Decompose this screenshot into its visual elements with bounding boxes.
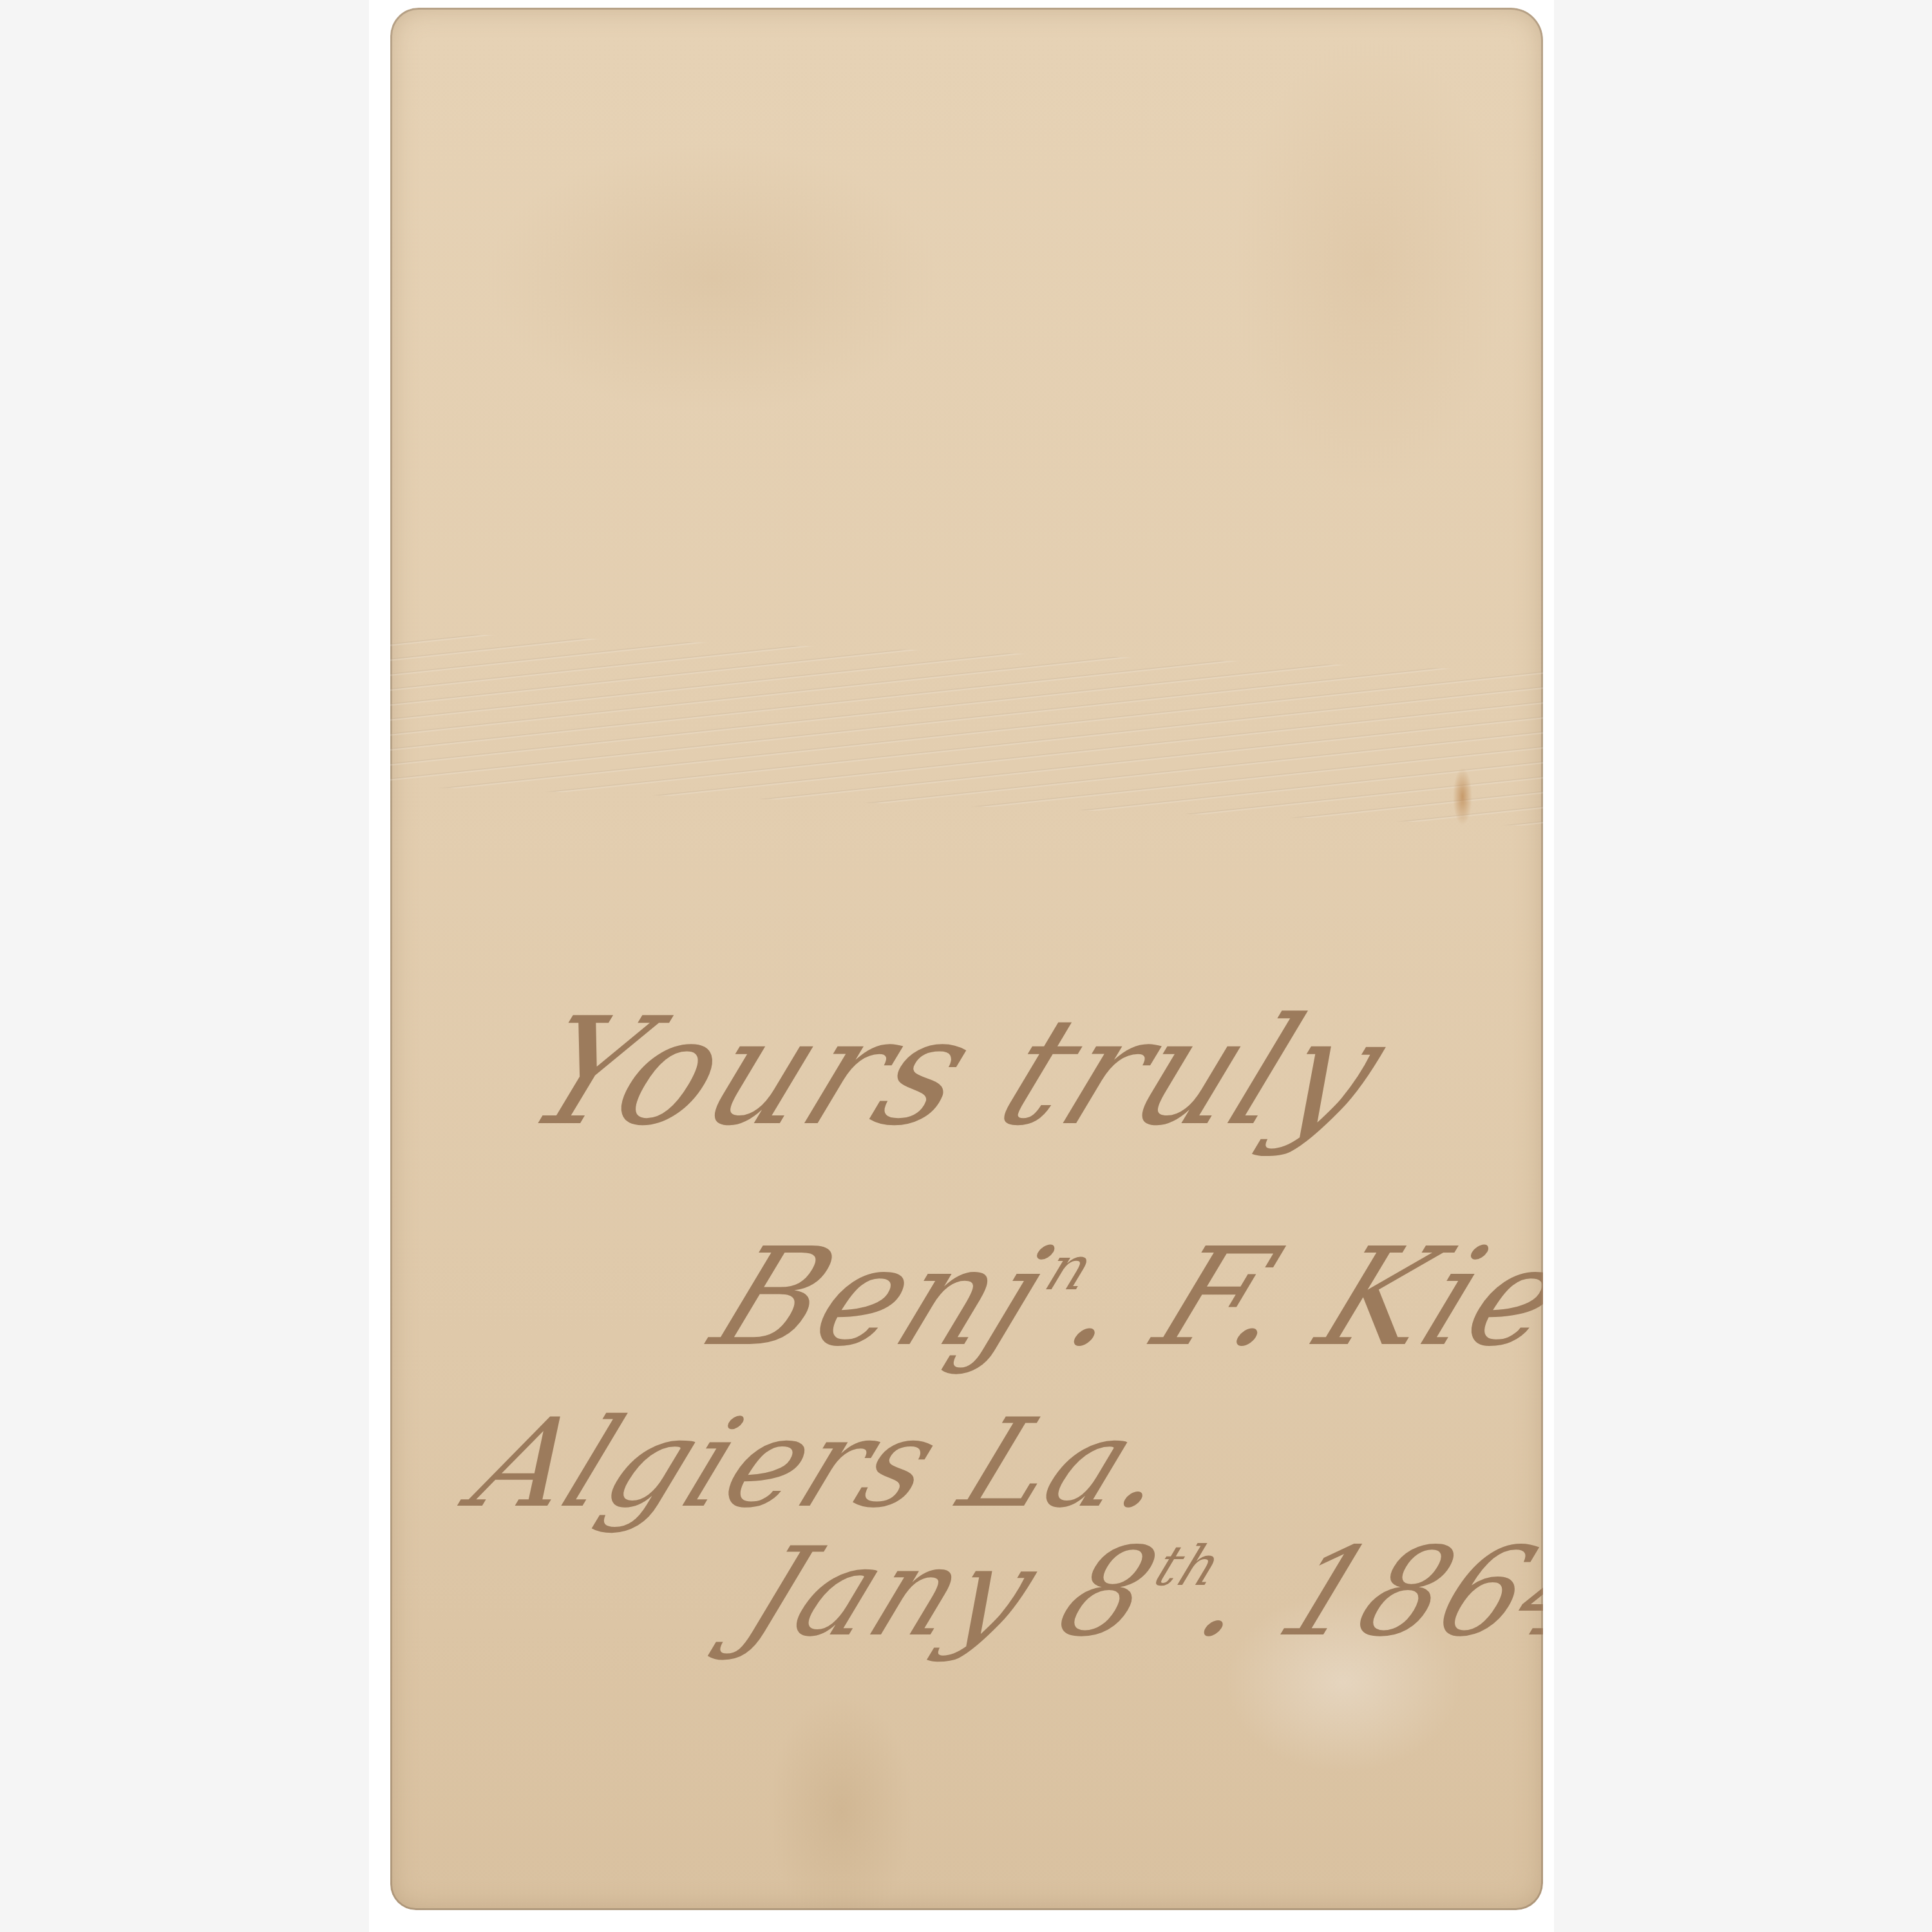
closing-words: Yours truly (506, 987, 1410, 1159)
date-year: . 1864 (1180, 1521, 1543, 1663)
place-text: Algiers La. (455, 1392, 1197, 1535)
card-crease (390, 632, 1543, 827)
closing-text: Yours truly (506, 987, 1410, 1159)
place-name: Algiers La. (455, 1392, 1197, 1535)
rust-stain (1453, 768, 1472, 826)
card-back: Yours truly Benjn. F. Kierulff Algiers L… (390, 8, 1543, 1910)
signature-surname: . F. Kierulff (1047, 1218, 1543, 1376)
signature-first: Benj (693, 1218, 1070, 1376)
signature: Benjn. F. Kierulff (693, 1218, 1543, 1376)
date-text: Jany 8th. 1864 (725, 1521, 1543, 1663)
date-month: Jany (725, 1521, 1057, 1663)
